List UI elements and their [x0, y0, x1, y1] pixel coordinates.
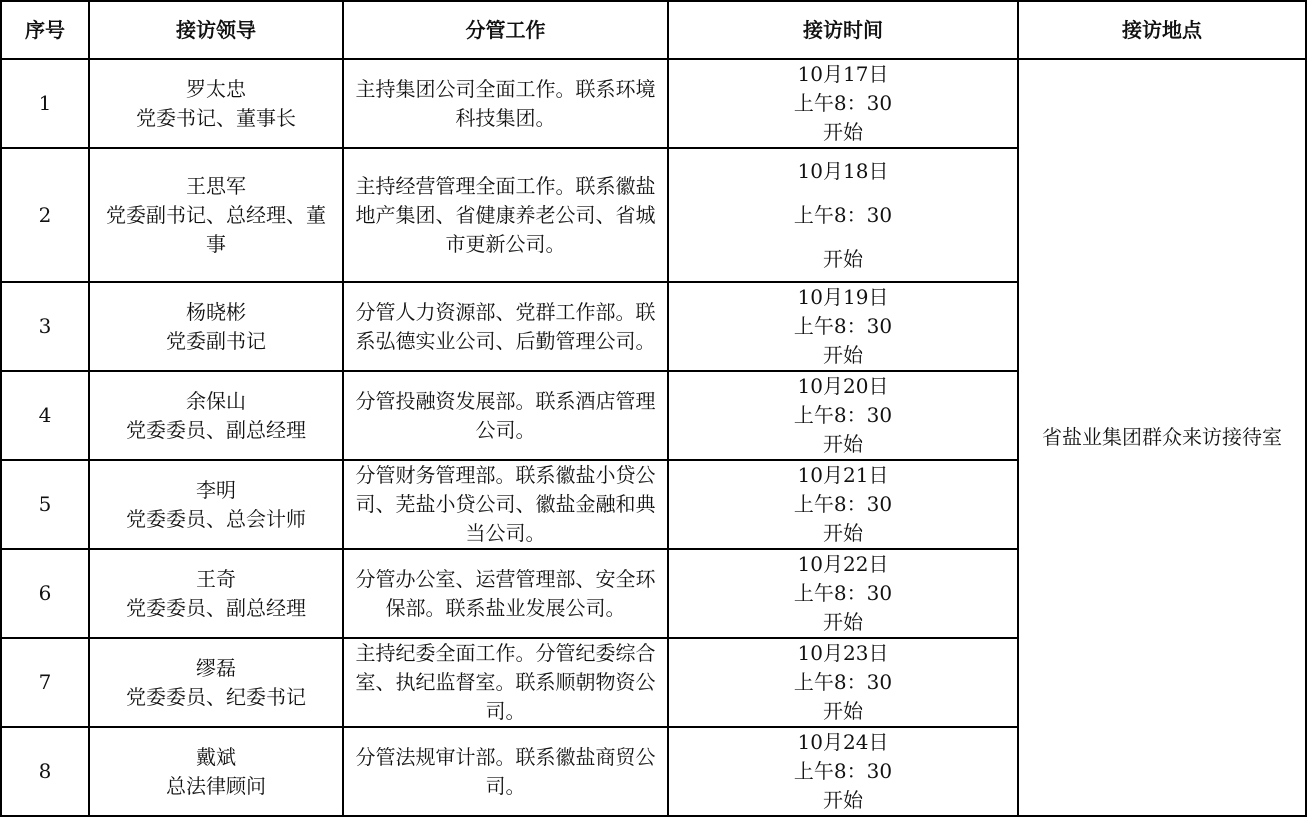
row-number: 6 — [1, 549, 89, 638]
reception-date: 10月24日 — [669, 728, 1017, 757]
leader-name: 缪磊 — [90, 654, 342, 683]
reception-start: 开始 — [669, 118, 1017, 147]
location-cell: 省盐业集团群众来访接待室 — [1018, 59, 1306, 809]
duty-text: 主持纪委全面工作。分管纪委综合室、执纪监督室。联系顺朝物资公司。 — [356, 639, 656, 726]
header-place: 接访地点 — [1018, 1, 1306, 59]
reception-time: 上午8：30 — [669, 89, 1017, 118]
reception-date: 10月23日 — [669, 639, 1017, 668]
leader-cell: 李明 党委委员、总会计师 — [89, 460, 343, 549]
row-number: 7 — [1, 638, 89, 727]
table-row: 1 罗太忠 党委书记、董事长 主持集团公司全面工作。联系环境科技集团。 10月1… — [1, 59, 1306, 148]
leader-cell: 戴斌 总法律顾问 — [89, 727, 343, 809]
reception-start: 开始 — [669, 519, 1017, 548]
reception-time: 上午8：30 — [669, 490, 1017, 519]
leader-cell: 王思军 党委副书记、总经理、董事 — [89, 148, 343, 282]
leader-title: 党委委员、副总经理 — [90, 416, 342, 445]
reception-date: 10月19日 — [669, 283, 1017, 312]
row-number: 8 — [1, 727, 89, 809]
leader-title: 党委书记、董事长 — [90, 104, 342, 133]
duty-text: 分管办公室、运营管理部、安全环保部。联系盐业发展公司。 — [356, 565, 656, 623]
reception-date: 10月21日 — [669, 461, 1017, 490]
leader-title: 总法律顾问 — [90, 772, 342, 801]
duty-text: 分管财务管理部。联系徽盐小贷公司、芜盐小贷公司、徽盐金融和典当公司。 — [356, 461, 656, 548]
leader-title: 党委委员、总会计师 — [90, 505, 342, 534]
leader-title: 党委委员、纪委书记 — [90, 683, 342, 712]
row-number: 2 — [1, 148, 89, 282]
time-cell: 10月17日 上午8：30 开始 — [668, 59, 1018, 148]
leader-name: 杨晓彬 — [90, 298, 342, 327]
reception-time: 上午8：30 — [669, 193, 1017, 237]
duty-text: 主持经营管理全面工作。联系徽盐地产集团、省健康养老公司、省城市更新公司。 — [356, 172, 656, 259]
reception-schedule-table: 序号 接访领导 分管工作 接访时间 接访地点 1 罗太忠 党委书记、董事长 主持… — [0, 0, 1307, 809]
reception-date: 10月20日 — [669, 372, 1017, 401]
duty-cell: 主持集团公司全面工作。联系环境科技集团。 — [343, 59, 668, 148]
leader-name: 罗太忠 — [90, 75, 342, 104]
time-cell: 10月22日 上午8：30 开始 — [668, 549, 1018, 638]
row-number: 4 — [1, 371, 89, 460]
header-duty: 分管工作 — [343, 1, 668, 59]
header-leader: 接访领导 — [89, 1, 343, 59]
reception-date: 10月17日 — [669, 60, 1017, 89]
reception-time: 上午8：30 — [669, 312, 1017, 341]
duty-text: 主持集团公司全面工作。联系环境科技集团。 — [356, 75, 656, 133]
duty-text: 分管法规审计部。联系徽盐商贸公司。 — [356, 743, 656, 801]
leader-name: 王奇 — [90, 565, 342, 594]
time-cell: 10月20日 上午8：30 开始 — [668, 371, 1018, 460]
time-cell: 10月21日 上午8：30 开始 — [668, 460, 1018, 549]
duty-cell: 分管财务管理部。联系徽盐小贷公司、芜盐小贷公司、徽盐金融和典当公司。 — [343, 460, 668, 549]
header-no: 序号 — [1, 1, 89, 59]
leader-cell: 罗太忠 党委书记、董事长 — [89, 59, 343, 148]
reception-start: 开始 — [669, 697, 1017, 726]
reception-time: 上午8：30 — [669, 668, 1017, 697]
reception-start: 开始 — [669, 786, 1017, 809]
leader-cell: 余保山 党委委员、副总经理 — [89, 371, 343, 460]
leader-title: 党委副书记、总经理、董事 — [106, 201, 326, 259]
duty-text: 分管投融资发展部。联系酒店管理公司。 — [356, 387, 656, 445]
duty-cell: 主持经营管理全面工作。联系徽盐地产集团、省健康养老公司、省城市更新公司。 — [343, 148, 668, 282]
duty-cell: 分管人力资源部、党群工作部。联系弘德实业公司、后勤管理公司。 — [343, 282, 668, 371]
reception-start: 开始 — [669, 341, 1017, 370]
row-number: 5 — [1, 460, 89, 549]
leader-cell: 王奇 党委委员、副总经理 — [89, 549, 343, 638]
time-cell: 10月19日 上午8：30 开始 — [668, 282, 1018, 371]
duty-cell: 主持纪委全面工作。分管纪委综合室、执纪监督室。联系顺朝物资公司。 — [343, 638, 668, 727]
reception-start: 开始 — [669, 237, 1017, 281]
duty-cell: 分管办公室、运营管理部、安全环保部。联系盐业发展公司。 — [343, 549, 668, 638]
leader-name: 王思军 — [90, 172, 342, 201]
leader-name: 余保山 — [90, 387, 342, 416]
time-cell: 10月24日 上午8：30 开始 — [668, 727, 1018, 809]
time-cell: 10月18日 上午8：30 开始 — [668, 148, 1018, 282]
duty-text: 分管人力资源部、党群工作部。联系弘德实业公司、后勤管理公司。 — [356, 298, 656, 356]
duty-cell: 分管投融资发展部。联系酒店管理公司。 — [343, 371, 668, 460]
reception-time: 上午8：30 — [669, 401, 1017, 430]
reception-date: 10月18日 — [669, 149, 1017, 193]
reception-start: 开始 — [669, 608, 1017, 637]
leader-title: 党委委员、副总经理 — [90, 594, 342, 623]
header-row: 序号 接访领导 分管工作 接访时间 接访地点 — [1, 1, 1306, 59]
location-text: 省盐业集团群众来访接待室 — [1042, 425, 1282, 449]
time-cell: 10月23日 上午8：30 开始 — [668, 638, 1018, 727]
leader-cell: 杨晓彬 党委副书记 — [89, 282, 343, 371]
reception-time: 上午8：30 — [669, 579, 1017, 608]
row-number: 3 — [1, 282, 89, 371]
header-time: 接访时间 — [668, 1, 1018, 59]
reception-time: 上午8：30 — [669, 757, 1017, 786]
leader-name: 戴斌 — [90, 743, 342, 772]
row-number: 1 — [1, 59, 89, 148]
reception-date: 10月22日 — [669, 550, 1017, 579]
duty-cell: 分管法规审计部。联系徽盐商贸公司。 — [343, 727, 668, 809]
leader-title: 党委副书记 — [90, 327, 342, 356]
leader-cell: 缪磊 党委委员、纪委书记 — [89, 638, 343, 727]
leader-name: 李明 — [90, 476, 342, 505]
reception-start: 开始 — [669, 430, 1017, 459]
